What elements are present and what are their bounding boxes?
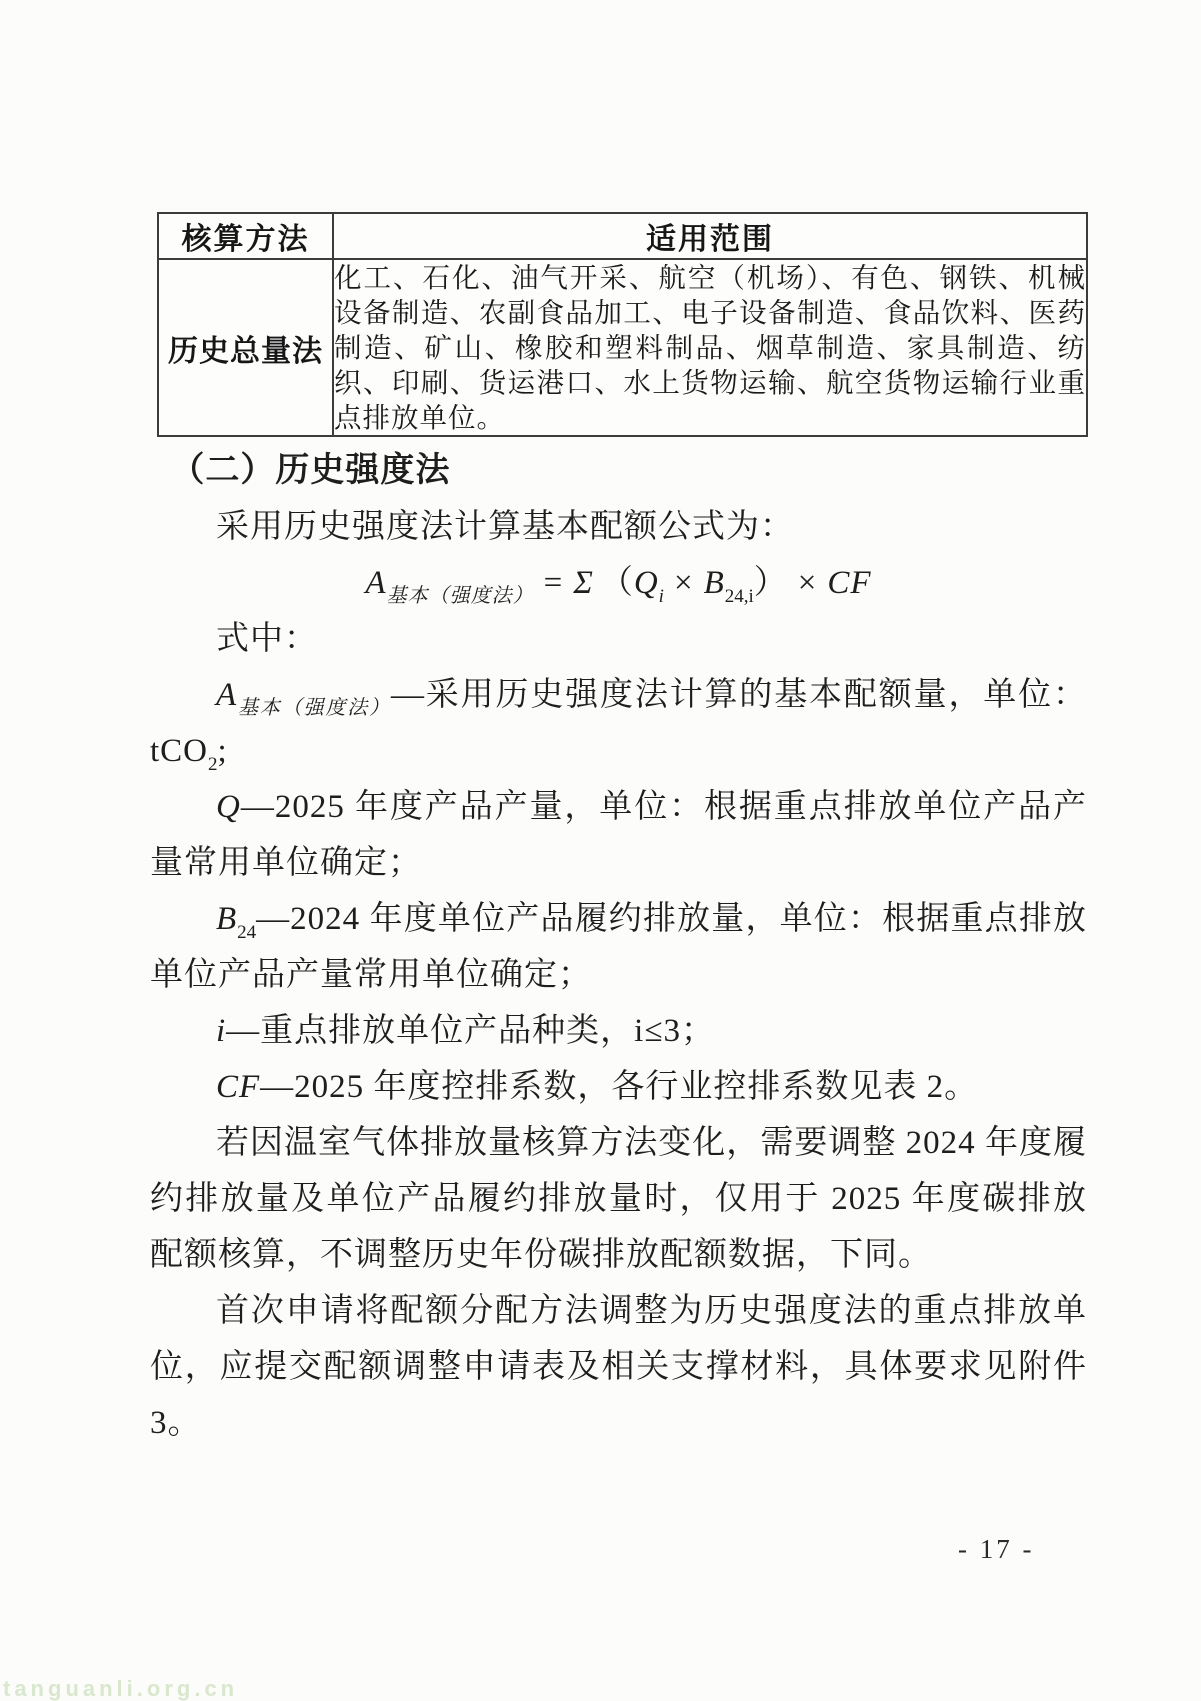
formula-var-Q-subscript: i xyxy=(659,586,664,607)
definition-Q-text: 2025 年度产品产量，单位：根据重点排放单位产品产量常用单位确定； xyxy=(150,789,1087,881)
definition-B-var: B xyxy=(216,901,237,937)
definition-A-unit: tCO xyxy=(150,733,208,769)
definition-i-dash: — xyxy=(226,1013,260,1049)
table-row: 历史总量法 化工、石化、油气开采、航空（机场）、有色、钢铁、机械设备制造、农副食… xyxy=(158,259,1087,436)
formula-times-1: × xyxy=(674,565,694,601)
definition-Q: Q—2025 年度产品产量，单位：根据重点排放单位产品产量常用单位确定； xyxy=(150,779,1087,891)
table-cell-scope: 化工、石化、油气开采、航空（机场）、有色、钢铁、机械设备制造、农副食品加工、电子… xyxy=(333,259,1087,436)
document-body: （二）历史强度法 采用历史强度法计算基本配额公式为： A基本（强度法）=Σ（Qi… xyxy=(150,443,1087,1451)
formula-var-A: A xyxy=(365,565,386,601)
formula-intro: 采用历史强度法计算基本配额公式为： xyxy=(150,499,1087,555)
formula-right-paren: ） xyxy=(754,565,788,601)
definition-B-dash: — xyxy=(256,901,290,937)
definition-A-dash: — xyxy=(391,677,425,713)
definition-CF-dash: — xyxy=(260,1069,294,1105)
formula-left-paren: （ xyxy=(600,565,634,601)
definition-A-unit-tail: ; xyxy=(218,733,228,769)
definition-Q-dash: — xyxy=(241,789,275,825)
definition-i-text: 重点排放单位产品种类， xyxy=(260,1013,634,1049)
table-header-row: 核算方法 适用范围 xyxy=(158,213,1087,259)
definition-CF: CF—2025 年度控排系数，各行业控排系数见表 2。 xyxy=(150,1059,1087,1115)
definition-A: A基本（强度法）—采用历史强度法计算的基本配额量，单位：tCO2; xyxy=(150,667,1087,779)
formula-sigma: Σ xyxy=(573,565,594,601)
table-header-method: 核算方法 xyxy=(158,213,333,259)
section-heading: （二）历史强度法 xyxy=(150,443,1087,499)
formula-var-Q: Q xyxy=(634,565,659,601)
paragraph-first-application: 首次申请将配额分配方法调整为历史强度法的重点排放单位，应提交配额调整申请表及相关… xyxy=(150,1283,1087,1451)
paragraph-adjustment-note: 若因温室气体排放量核算方法变化，需要调整 2024 年度履约排放量及单位产品履约… xyxy=(150,1115,1087,1283)
page-number: - 17 - xyxy=(958,1534,1034,1565)
definition-A-unit-subscript: 2 xyxy=(208,754,218,775)
definition-Q-var: Q xyxy=(216,789,241,825)
definition-A-var-subscript: 基本（强度法） xyxy=(237,697,391,719)
definition-CF-text: 2025 年度控排系数，各行业控排系数见表 2。 xyxy=(294,1069,978,1105)
formula: A基本（强度法）=Σ（Qi×B24,i）×CF xyxy=(150,555,1087,611)
definition-B-var-subscript: 24 xyxy=(237,922,256,943)
definition-A-var: A xyxy=(216,677,237,713)
formula-times-2: × xyxy=(798,565,818,601)
table-cell-method: 历史总量法 xyxy=(158,259,333,436)
formula-var-CF: CF xyxy=(827,565,871,601)
definition-B-text: 2024 年度单位产品履约排放量，单位：根据重点排放单位产品产量常用单位确定； xyxy=(150,901,1087,993)
formula-var-A-subscript: 基本（强度法） xyxy=(387,585,534,607)
accounting-method-table: 核算方法 适用范围 历史总量法 化工、石化、油气开采、航空（机场）、有色、钢铁、… xyxy=(157,212,1088,437)
definition-A-text: 采用历史强度法计算的基本配额量，单位： xyxy=(425,677,1087,713)
where-label: 式中： xyxy=(150,611,1087,667)
formula-var-B: B xyxy=(704,565,725,601)
definition-i-cond: ≤3； xyxy=(644,1013,715,1049)
definition-i-var: i xyxy=(216,1013,226,1049)
watermark-text: tanguanli.org.cn xyxy=(3,1676,238,1701)
definition-CF-var: CF xyxy=(216,1069,260,1105)
document-page: 核算方法 适用范围 历史总量法 化工、石化、油气开采、航空（机场）、有色、钢铁、… xyxy=(0,0,1201,1701)
definition-i: i—重点排放单位产品种类，i≤3； xyxy=(150,1003,1087,1059)
formula-var-B-subscript: 24,i xyxy=(725,586,754,607)
definition-B: B24—2024 年度单位产品履约排放量，单位：根据重点排放单位产品产量常用单位… xyxy=(150,891,1087,1003)
definition-i-cond-var: i xyxy=(634,1013,644,1049)
formula-equals: = xyxy=(544,565,564,601)
table-header-scope: 适用范围 xyxy=(333,213,1087,259)
